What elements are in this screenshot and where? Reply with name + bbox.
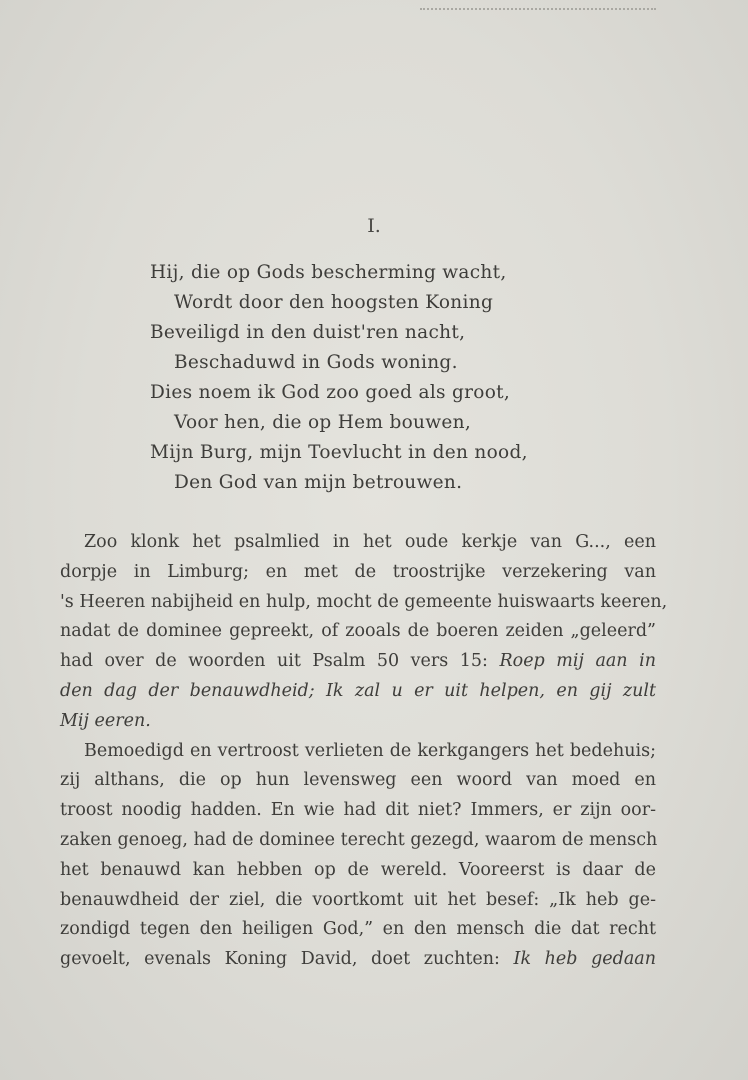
paragraph-line: gevoelt, evenals Koning David, doet zuch… xyxy=(60,945,656,975)
paragraph-line: Zoo klonk het psalmlied in het oude kerk… xyxy=(60,528,656,558)
poem-line: Mijn Burg, mijn Toevlucht in den nood, xyxy=(150,438,570,468)
paragraph-line: het benauwd kan hebben op de wereld. Voo… xyxy=(60,856,656,886)
poem-line: Beschaduwd in Gods woning. xyxy=(150,348,570,378)
italic-text: Mij eeren. xyxy=(60,711,151,731)
body-text: dorpje in Limburg; en met de troostrijke… xyxy=(60,562,656,582)
body-text: zij althans, die op hun levensweg een wo… xyxy=(60,770,656,790)
prose-body: Zoo klonk het psalmlied in het oude kerk… xyxy=(60,528,656,975)
paragraph-line: 's Heeren nabijheid en hulp, mocht de ge… xyxy=(60,588,656,618)
paragraph-line: Mij eeren. xyxy=(60,707,656,737)
book-page: I. Hij, die op Gods bescherming wacht,Wo… xyxy=(0,0,748,1080)
italic-text: Ik heb gedaan xyxy=(514,949,656,969)
body-text: had over de woorden uit Psalm 50 vers 15… xyxy=(60,651,499,671)
paragraph-line: den dag der benauwdheid; Ik zal u er uit… xyxy=(60,677,656,707)
poem-line: Hij, die op Gods bescherming wacht, xyxy=(150,258,570,288)
paragraph-line: zondigd tegen den heiligen God,” en den … xyxy=(60,915,656,945)
paragraph-line: benauwdheid der ziel, die voortkomt uit … xyxy=(60,886,656,916)
poem-line: Den God van mijn betrouwen. xyxy=(150,468,570,498)
body-text: 's Heeren nabijheid en hulp, mocht de ge… xyxy=(60,592,667,612)
poem-line: Wordt door den hoogsten Koning xyxy=(150,288,570,318)
paragraph-line: zaken genoeg, had de dominee terecht gez… xyxy=(60,826,656,856)
italic-text: den dag der benauwdheid; Ik zal u er uit… xyxy=(60,681,656,701)
poem-line: Voor hen, die op Hem bouwen, xyxy=(150,408,570,438)
paragraph-line: zij althans, die op hun levensweg een wo… xyxy=(60,766,656,796)
poem-stanza: Hij, die op Gods bescherming wacht,Wordt… xyxy=(150,258,570,498)
paragraph-line: dorpje in Limburg; en met de troostrijke… xyxy=(60,558,656,588)
paragraph-line: troost noodig hadden. En wie had dit nie… xyxy=(60,796,656,826)
poem-line: Dies noem ik God zoo goed als groot, xyxy=(150,378,570,408)
body-text: nadat de dominee gepreekt, of zooals de … xyxy=(60,621,656,641)
poem-line: Beveiligd in den duist'ren nacht, xyxy=(150,318,570,348)
body-text: het benauwd kan hebben op de wereld. Voo… xyxy=(60,860,656,880)
body-text: troost noodig hadden. En wie had dit nie… xyxy=(60,800,656,820)
italic-text: Roep mij aan in xyxy=(499,651,656,671)
body-text: zaken genoeg, had de dominee terecht gez… xyxy=(60,830,657,850)
body-text: zondigd tegen den heiligen God,” en den … xyxy=(60,919,656,939)
body-text: Bemoedigd en vertroost verlieten de kerk… xyxy=(84,741,656,761)
body-text: benauwdheid der ziel, die voortkomt uit … xyxy=(60,890,656,910)
paragraph-line: nadat de dominee gepreekt, of zooals de … xyxy=(60,617,656,647)
paragraph-line: had over de woorden uit Psalm 50 vers 15… xyxy=(60,647,656,677)
paragraph-line: Bemoedigd en vertroost verlieten de kerk… xyxy=(60,737,656,767)
chapter-heading: I. xyxy=(0,215,748,237)
body-text: gevoelt, evenals Koning David, doet zuch… xyxy=(60,949,514,969)
body-text: Zoo klonk het psalmlied in het oude kerk… xyxy=(84,532,656,552)
top-dotted-rule xyxy=(420,8,656,10)
